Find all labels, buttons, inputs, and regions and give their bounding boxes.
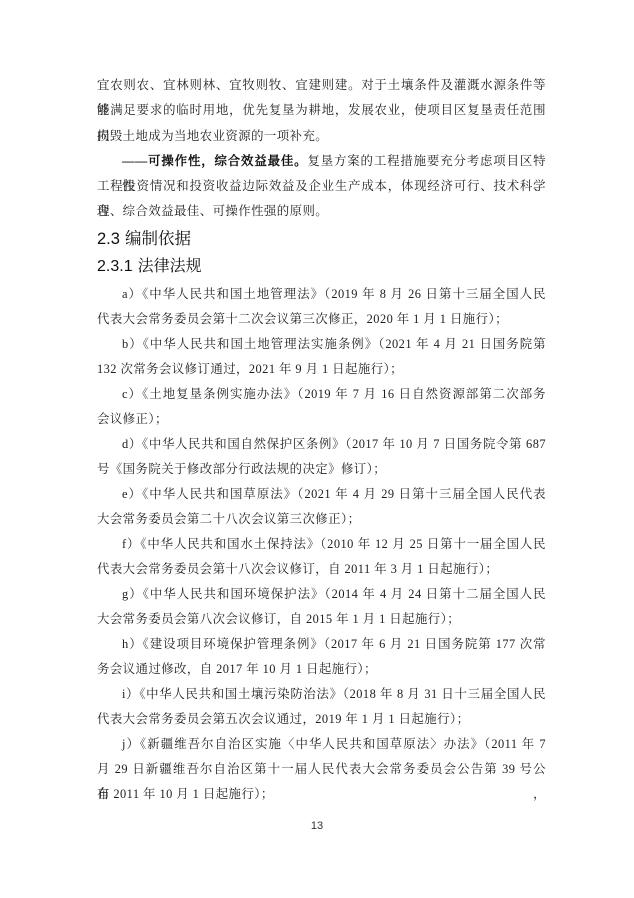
text-line: 代表大会常务委员会第十八次会议修订，自 2011 年 3 月 1 日起施行）； (97, 557, 546, 582)
text-line: 月 29 日新疆维吾尔自治区第十一届人民代表大会常务委员会公告第 39 号公布， (97, 757, 546, 782)
text-line: b）《中华人民共和国土地管理法实施条例》（2021 年 4 月 21 日国务院第 (97, 332, 546, 357)
section-number: 2.3 (97, 230, 120, 248)
law-item-d: d）《中华人民共和国自然保护区条例》（2017 年 10 月 7 日国务院令第 … (97, 432, 546, 482)
text-line: 工程投资情况和投资收益边际效益及企业生产成本，体现经济可行、技术科学合 (97, 174, 546, 199)
text-segment: 《中华人民共和国环境保护法》（2014 年 4 月 24 日第十二届全国人民 (143, 587, 546, 601)
paragraph-operability: ——可操作性，综合效益最佳。复垦方案的工程措施要充分考虑项目区特性、 工程投资情… (97, 149, 546, 225)
text-line: 损毁土地成为当地农业资源的一项补充。 (97, 124, 546, 149)
text-line: i）《中华人民共和国土壤污染防治法》（2018 年 8 月 31 日十三届全国人… (97, 682, 546, 707)
text-line: g）《中华人民共和国环境保护法》（2014 年 4 月 24 日第十二届全国人民 (97, 582, 546, 607)
text-line: 理、综合效益最佳、可操作性强的原则。 (97, 199, 546, 224)
text-line: e）《中华人民共和国草原法》（2021 年 4 月 29 日第十三届全国人民代表 (97, 482, 546, 507)
text-line: 代表大会常务委员会第五次会议通过，2019 年 1 月 1 日起施行）； (97, 707, 546, 732)
intro-text: 宜农则农、宜林则林、宜牧则牧、宜建则建。对于土壤条件及灌溉水源条件等能 够满足要… (97, 73, 546, 225)
law-item-j: j）《新疆维吾尔自治区实施〈中华人民共和国草原法〉办法》（2011 年 7 月 … (97, 732, 546, 807)
text-segment: 《中华人民共和国草原法》（2021 年 4 月 29 日第十三届全国人民代表 (142, 487, 546, 501)
text-segment: 《中华人民共和国水土保持法》（2010 年 12 月 25 日第十一届全国人民 (140, 537, 546, 551)
law-item-g: g）《中华人民共和国环境保护法》（2014 年 4 月 24 日第十二届全国人民… (97, 582, 546, 632)
law-item-f: f）《中华人民共和国水土保持法》（2010 年 12 月 25 日第十一届全国人… (97, 532, 546, 582)
text-line: a）《中华人民共和国土地管理法》（2019 年 8 月 26 日第十三届全国人民 (97, 282, 546, 307)
text-line: j）《新疆维吾尔自治区实施〈中华人民共和国草原法〉办法》（2011 年 7 (97, 732, 546, 757)
law-item-e: e）《中华人民共和国草原法》（2021 年 4 月 29 日第十三届全国人民代表… (97, 482, 546, 532)
text-line: d）《中华人民共和国自然保护区条例》（2017 年 10 月 7 日国务院令第 … (97, 432, 546, 457)
law-item-c: c）《土地复垦条例实施办法》（2019 年 7 月 16 日自然资源部第二次部务… (97, 382, 546, 432)
law-item-b: b）《中华人民共和国土地管理法实施条例》（2021 年 4 月 21 日国务院第… (97, 332, 546, 382)
text-line: f）《中华人民共和国水土保持法》（2010 年 12 月 25 日第十一届全国人… (97, 532, 546, 557)
text-segment: 《中华人民共和国土壤污染防治法》（2018 年 8 月 31 日十三届全国人民 (139, 687, 546, 701)
text-line: 大会常务委员会第八次会议修订，自 2015 年 1 月 1 日起施行）； (97, 607, 546, 632)
page-number: 13 (0, 820, 634, 832)
item-label: e） (122, 487, 142, 501)
law-list: a）《中华人民共和国土地管理法》（2019 年 8 月 26 日第十三届全国人民… (97, 282, 546, 807)
paragraph-reclamation-priority: 宜农则农、宜林则林、宜牧则牧、宜建则建。对于土壤条件及灌溉水源条件等能 够满足要… (97, 73, 546, 149)
text-line: h）《建设项目环境保护管理条例》（2017 年 6 月 21 日国务院第 177… (97, 632, 546, 657)
text-segment: 《新疆维吾尔自治区实施〈中华人民共和国草原法〉办法》（2011 年 7 (140, 737, 546, 751)
item-label: d） (122, 437, 142, 451)
subsection-number: 2.3.1 (97, 258, 133, 275)
item-label: f） (122, 537, 140, 551)
law-item-h: h）《建设项目环境保护管理条例》（2017 年 6 月 21 日国务院第 177… (97, 632, 546, 682)
text-segment: 《建设项目环境保护管理条例》（2017 年 6 月 21 日国务院第 177 次… (143, 637, 546, 651)
text-line: 宜农则农、宜林则林、宜牧则牧、宜建则建。对于土壤条件及灌溉水源条件等能 (97, 73, 546, 98)
item-label: b） (122, 337, 143, 351)
bold-lead-text: ——可操作性，综合效益最佳。 (122, 154, 307, 168)
section-title: 编制依据 (125, 230, 191, 248)
text-line: c）《土地复垦条例实施办法》（2019 年 7 月 16 日自然资源部第二次部务 (97, 382, 546, 407)
text-line: 够满足要求的临时用地，优先复垦为耕地，发展农业，使项目区复垦责任范围内 (97, 98, 546, 123)
item-label: a） (122, 287, 142, 301)
text-segment: 《中华人民共和国土地管理法》（2019 年 8 月 26 日第十三届全国人民 (142, 287, 546, 301)
text-line: 务会议通过修改，自 2017 年 10 月 1 日起施行）； (97, 657, 546, 682)
subsection-title: 法律法规 (138, 258, 202, 275)
law-item-a: a）《中华人民共和国土地管理法》（2019 年 8 月 26 日第十三届全国人民… (97, 282, 546, 332)
page-content: 宜农则农、宜林则林、宜牧则牧、宜建则建。对于土壤条件及灌溉水源条件等能 够满足要… (97, 73, 546, 807)
text-line: 大会常务委员会第二十八次会议第三次修正）； (97, 507, 546, 532)
law-item-i: i）《中华人民共和国土壤污染防治法》（2018 年 8 月 31 日十三届全国人… (97, 682, 546, 732)
document-page: 宜农则农、宜林则林、宜牧则牧、宜建则建。对于土壤条件及灌溉水源条件等能 够满足要… (0, 0, 634, 898)
section-heading: 2.3编制依据 (97, 225, 546, 254)
text-line: 132 次常务会议修订通过，2021 年 9 月 1 日起施行）； (97, 357, 546, 382)
text-line: 代表大会常务委员会第十二次会议第三次修正，2020 年 1 月 1 日施行）； (97, 307, 546, 332)
text-line: 会议修正）； (97, 407, 546, 432)
text-segment: 《中华人民共和国土地管理法实施条例》（2021 年 4 月 21 日国务院第 (143, 337, 546, 351)
text-segment: 《中华人民共和国自然保护区条例》（2017 年 10 月 7 日国务院令第 68… (142, 437, 546, 451)
item-label: c） (122, 387, 142, 401)
subsection-heading: 2.3.1法律法规 (97, 253, 546, 282)
item-label: g） (122, 587, 143, 601)
item-label: h） (122, 637, 143, 651)
text-segment: 《土地复垦条例实施办法》（2019 年 7 月 16 日自然资源部第二次部务 (142, 387, 546, 401)
text-line: ——可操作性，综合效益最佳。复垦方案的工程措施要充分考虑项目区特性、 (97, 149, 546, 174)
text-line: 号《国务院关于修改部分行政法规的决定》修订）； (97, 457, 546, 482)
item-label: i） (122, 687, 139, 701)
item-label: j） (122, 737, 140, 751)
